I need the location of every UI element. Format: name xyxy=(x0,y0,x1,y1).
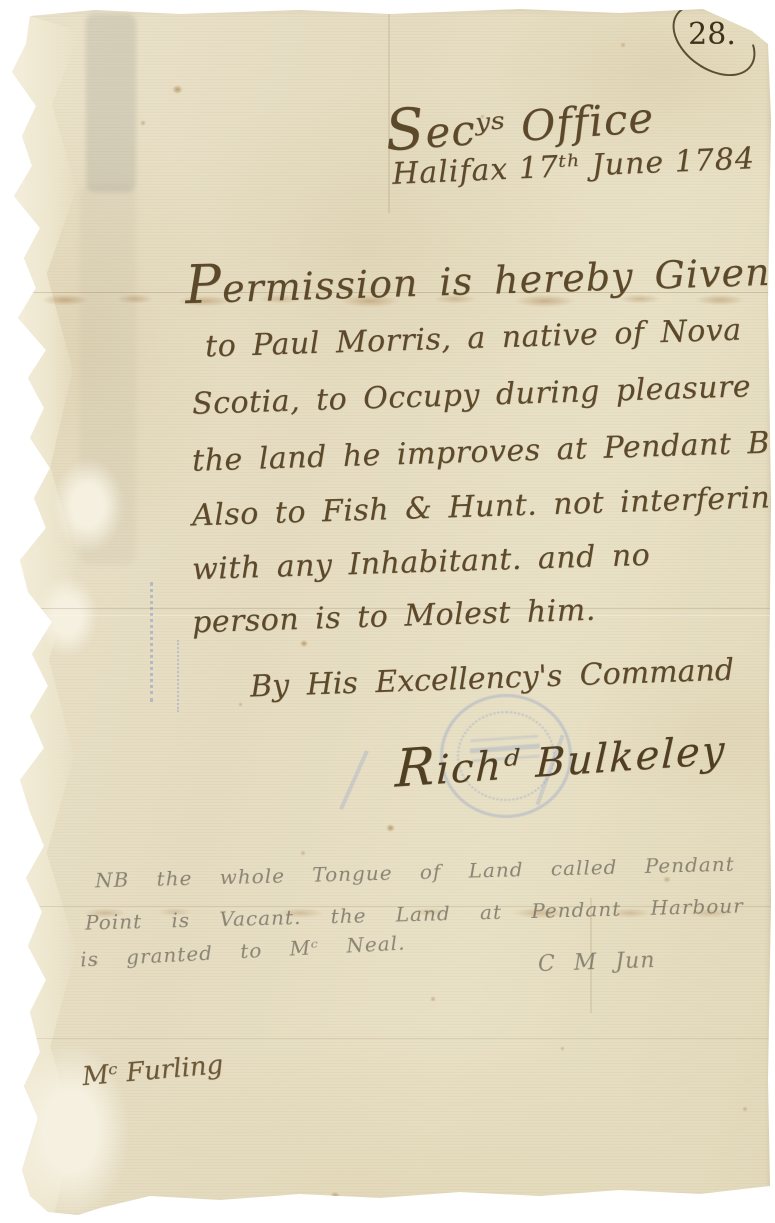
pencil-note-line: NB the whole Tongue of Land called Penda… xyxy=(95,854,735,891)
closing-line: By His Excellency's Command xyxy=(250,656,735,703)
tape-residue xyxy=(86,14,136,192)
folio-number: 28. xyxy=(668,10,756,66)
blue-ink-bleed xyxy=(177,640,179,712)
stain-spot xyxy=(330,1192,340,1200)
fold-line-faint xyxy=(0,1038,775,1041)
stain-spot xyxy=(140,120,146,126)
blue-ink-bleed xyxy=(150,582,153,702)
body-line: person is to Molest him. xyxy=(192,596,597,639)
scan-background: 28. Secʸˢ Office Halifax 17ᵗʰ June 1784 … xyxy=(0,0,775,1223)
stain-spot xyxy=(238,702,243,707)
body-line: Also to Fish & Hunt. not interfering xyxy=(192,483,775,532)
folio-number-text: 28. xyxy=(668,17,756,52)
body-line: Scotia, to Occupy during pleasure xyxy=(192,372,752,420)
stain-spot xyxy=(560,1046,565,1051)
stain-spot xyxy=(742,1106,748,1112)
stain-spot xyxy=(620,42,626,48)
body-line: with any Inhabitant. and no xyxy=(192,541,651,585)
repair-patch xyxy=(52,458,124,553)
pencil-note-line: is granted to Mᶜ Neal. xyxy=(80,932,406,969)
manuscript-page: 28. Secʸˢ Office Halifax 17ᵗʰ June 1784 … xyxy=(0,0,775,1223)
pencil-initials: C M Jun xyxy=(538,950,656,976)
stain-spot xyxy=(386,824,395,832)
stain-spot xyxy=(300,640,308,647)
stain-spot xyxy=(172,85,183,94)
blue-ink-streak xyxy=(339,750,369,810)
body-line: the land he improves at Pendant Bay. xyxy=(192,427,775,476)
pencil-note-line: Point is Vacant. the Land at Pendant Har… xyxy=(85,895,744,932)
stain-spot xyxy=(300,850,306,856)
body-line: to Paul Morris, a native of Nova xyxy=(205,316,742,363)
stain-spot xyxy=(430,996,436,1002)
repair-patch xyxy=(36,575,98,657)
